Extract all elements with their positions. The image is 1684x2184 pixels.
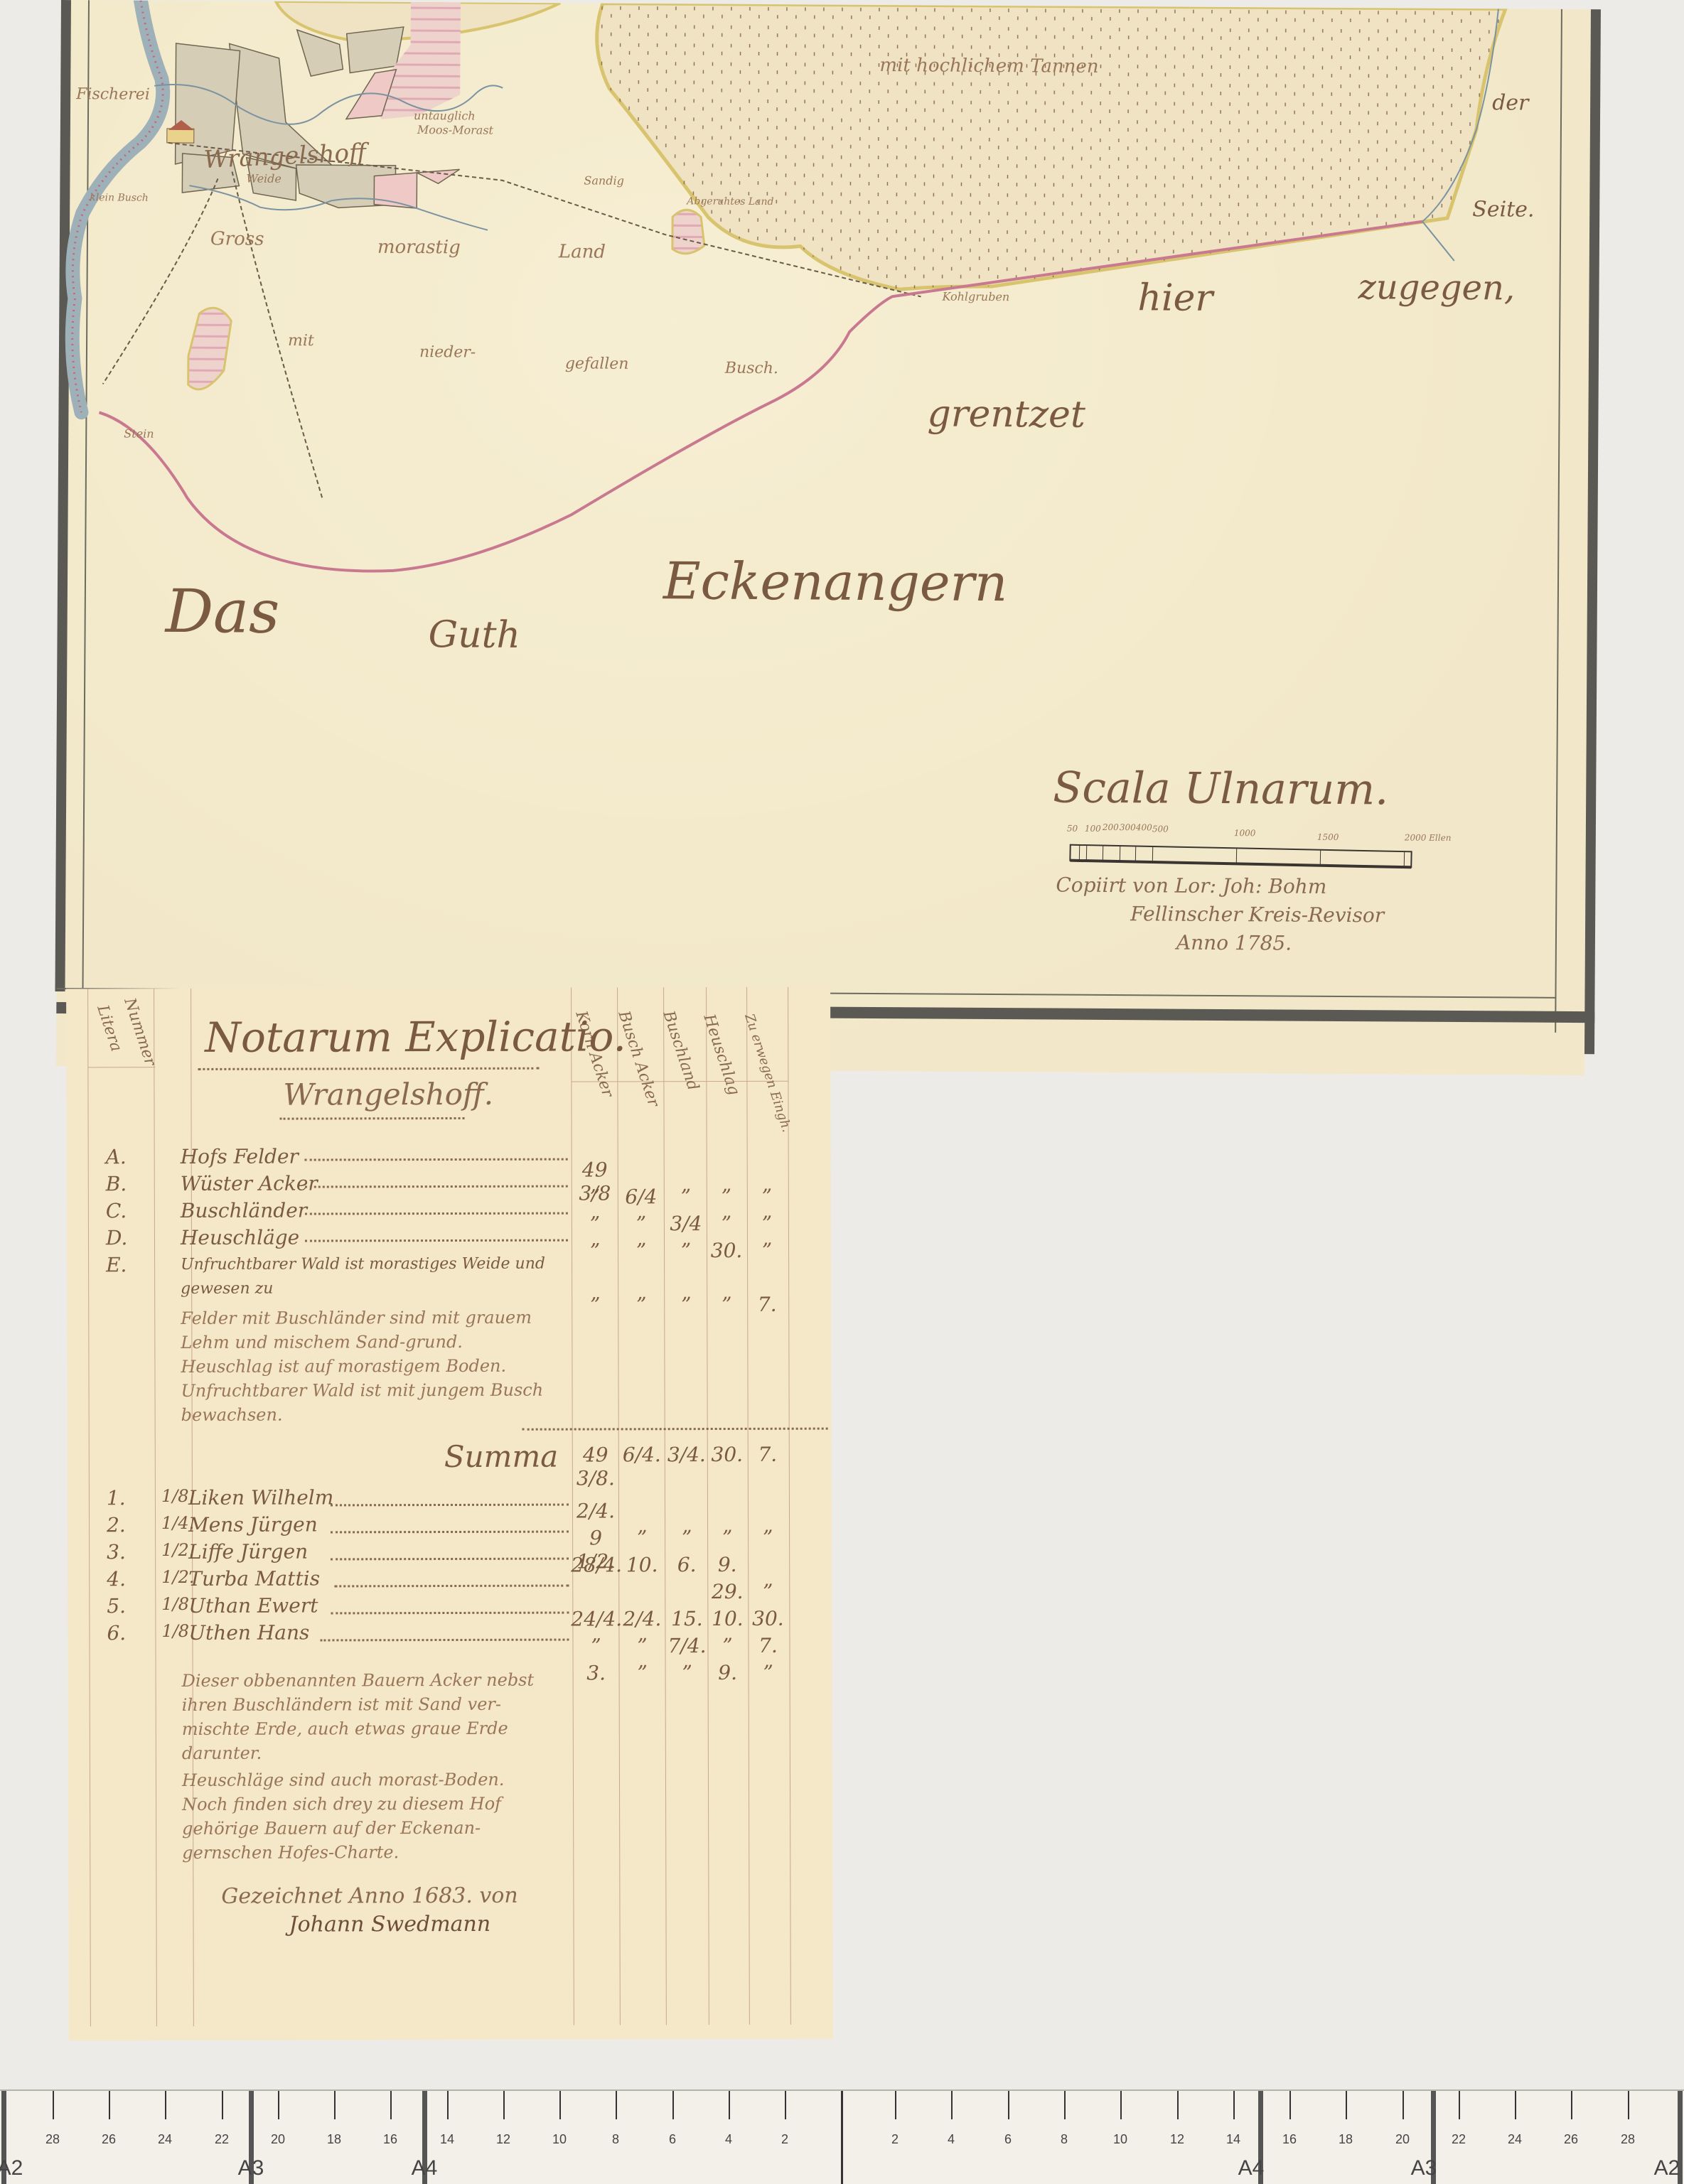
copy-note-line1: Copiirt von Lor: Joh: Bohm <box>1056 873 1326 898</box>
area-label-gross: Gross <box>210 228 264 249</box>
boundary-text-guth: Guth <box>428 613 520 657</box>
ruler-tick-label: 20 <box>1395 2132 1410 2147</box>
ruler-tick-label: 2 <box>891 2132 899 2147</box>
copy-note-line3: Anno 1785. <box>1176 931 1292 955</box>
ruler-tick-label: 28 <box>45 2132 60 2147</box>
ruler-tick-label: 18 <box>327 2132 341 2147</box>
table-row: 1. 1/8. Liken Wilhelm 2/4. <box>68 1485 832 1514</box>
ruler-tick-label: 26 <box>1564 2132 1578 2147</box>
area-label-untauglich: untauglich <box>414 109 476 123</box>
area-label-stein: Stein <box>124 427 154 441</box>
paper-size-label: A2 <box>1654 2156 1680 2180</box>
area-label-abgeruhtes-land: Abgeruhtes Land <box>687 195 773 208</box>
area-label-nieder: nieder- <box>419 343 476 361</box>
scale-tick-50: 50 <box>1067 824 1078 834</box>
ruler-tick-label: 4 <box>948 2132 955 2147</box>
table-row: E. Unfruchtbarer Wald ist morastiges Wei… <box>67 1252 831 1281</box>
scale-tick-500: 500 <box>1152 824 1169 834</box>
table-row: 6. 1/8. Uthen Hans ” ” 7/4. ” 7. <box>68 1620 832 1649</box>
estate-note: Lehm und mischem Sand-grund. <box>181 1332 463 1352</box>
boundary-text-der: der <box>1492 90 1529 115</box>
ruler-tick-label: 16 <box>1282 2132 1297 2147</box>
copy-note-line2: Fellinscher Kreis-Revisor <box>1130 902 1384 927</box>
area-label-fischerei: Fischerei <box>76 85 150 104</box>
table-row: C. Buschländer ” ” 3/4 ” ” <box>67 1198 831 1227</box>
ruler-tick-label: 6 <box>669 2132 676 2147</box>
paper-size-label: A4 <box>1238 2156 1265 2180</box>
paper-size-label: A2 <box>0 2156 23 2180</box>
header-litera: Litera <box>93 1003 125 1054</box>
ruler-tick-label: 28 <box>1621 2132 1635 2147</box>
boundary-text-das: Das <box>165 576 279 647</box>
estate-note: Unfruchtbarer Wald ist mit jungem Busch <box>181 1380 544 1401</box>
area-label-mit-hochlichem: mit hochlichem Tannen <box>879 55 1098 77</box>
ruler-tick-label: 6 <box>1004 2132 1012 2147</box>
peasant-note: ihren Buschländern ist mit Sand ver- <box>182 1694 501 1715</box>
title-underline <box>198 1067 539 1070</box>
ruler-tick-label: 24 <box>1508 2132 1522 2147</box>
table-row: 2. 1/4. Mens Jürgen 9 1/2. ” ” ” ” <box>68 1512 832 1541</box>
signature-line2: Johann Swedmann <box>289 1912 490 1937</box>
scale-tick-1500: 1500 <box>1317 832 1339 842</box>
ruler-tick-label: 12 <box>496 2132 510 2147</box>
ruler-tick-label: 10 <box>552 2132 567 2147</box>
summa-row: Summa 49 3/8. 6/4. 3/4. 30. 7. <box>68 1438 832 1476</box>
peasant-note: mischte Erde, auch etwas graue Erde <box>182 1718 508 1739</box>
peasant-note: Heuschläge sind auch morast-Boden. <box>182 1770 505 1790</box>
scale-tick-2000: 2000 Ellen <box>1405 833 1452 843</box>
scale-tick-100: 100 <box>1085 824 1101 834</box>
estate-note: bewachsen. <box>181 1405 283 1425</box>
ruler-tick-label: 20 <box>271 2132 285 2147</box>
ruler-tick-label: 8 <box>1061 2132 1068 2147</box>
summa-rule <box>522 1428 828 1431</box>
measuring-ruler: 28 26 24 22 20 18 16 14 12 10 8 6 4 2 2 … <box>0 2089 1684 2184</box>
ruler-tick-label: 22 <box>1452 2132 1466 2147</box>
scale-tick-200: 200 <box>1103 822 1119 832</box>
ruler-tick-label: 8 <box>612 2132 619 2147</box>
scale-tick-1000: 1000 <box>1234 828 1256 838</box>
ruler-tick-label: 26 <box>102 2132 116 2147</box>
map-sheet: Wrangelshoff Fischerei Gross morastig La… <box>56 0 1591 1075</box>
ruler-tick-label: 2 <box>781 2132 788 2147</box>
area-label-kohlgruben: Kohlgruben <box>942 290 1009 304</box>
area-label-morastig: morastig <box>377 237 461 259</box>
table-row: 5. 1/8. Uthan Ewert 24/4. 2/4. 15. 10. 3… <box>68 1593 832 1622</box>
area-label-busch: Busch. <box>725 360 778 377</box>
area-label-weide: Weide <box>246 172 281 185</box>
peasant-note: Dieser obbenannten Bauern Acker nebst <box>182 1670 535 1691</box>
ruler-tick-label: 14 <box>1226 2132 1240 2147</box>
area-label-land: Land <box>559 241 606 262</box>
ruler-tick-label: 10 <box>1113 2132 1127 2147</box>
explication-table: Litera Nummer Korn Acker Busch Acker Bus… <box>66 987 833 2041</box>
paper-size-label: A4 <box>412 2156 438 2180</box>
table-row: B. Wüster Acker ” 6/4 ” ” ” <box>67 1171 831 1200</box>
ruler-tick-label: 4 <box>725 2132 732 2147</box>
peasant-note: darunter. <box>182 1743 262 1763</box>
ruler-tick-label: 22 <box>215 2132 229 2147</box>
area-label-gefallen: gefallen <box>565 355 629 373</box>
peasant-note: Noch finden sich drey zu diesem Hof <box>182 1794 501 1814</box>
area-label-morast: Moos-Morast <box>417 123 493 137</box>
table-row: 4. 1/2. Turba Mattis 29. ” <box>68 1566 832 1595</box>
boundary-text-hier: hier <box>1137 276 1213 320</box>
explication-subtitle: Wrangelshoff. <box>283 1077 493 1112</box>
ruler-center-mark <box>841 2091 843 2184</box>
area-label-klein-busch: klein Busch <box>90 192 149 204</box>
header-buschland: Buschland <box>659 1008 702 1093</box>
ruler-tick-label: 14 <box>440 2132 454 2147</box>
header-zu-erwegen: Zu erwegen Eingh. <box>741 1012 794 1134</box>
table-row: D. Heuschläge ” ” ” 30. ” <box>67 1225 831 1254</box>
boundary-text-seite: Seite. <box>1472 197 1534 222</box>
ruler-tick-label: 16 <box>383 2132 397 2147</box>
paper-size-label: A3 <box>238 2156 264 2180</box>
peasant-note: gehörige Bauern auf der Eckenan- <box>182 1818 481 1839</box>
table-row: 3. 1/2. Liffe Jürgen 28/4. 10. 6. 9. <box>68 1539 832 1568</box>
scale-tick-400: 400 <box>1136 822 1152 832</box>
paper-size-label: A3 <box>1411 2156 1437 2180</box>
scale-title: Scala Ulnarum. <box>1053 763 1388 815</box>
boundary-text-zugegen: zugegen, <box>1358 267 1515 308</box>
peasant-note: gernschen Hofes-Charte. <box>182 1842 399 1863</box>
area-label-mit: mit <box>288 332 314 350</box>
table-row: A. Hofs Felder 49 3/8 <box>67 1144 831 1173</box>
signature-line1: Gezeichnet Anno 1683. von <box>221 1883 517 1909</box>
estate-note: Felder mit Buschländer sind mit grauem <box>181 1308 532 1328</box>
estate-note: Heuschlag ist auf morastigem Boden. <box>181 1356 506 1377</box>
scale-tick-300: 300 <box>1120 822 1136 832</box>
boundary-text-eckenangern: Eckenangern <box>663 551 1008 613</box>
ruler-tick-label: 18 <box>1339 2132 1353 2147</box>
boundary-text-grentzet: grentzet <box>927 392 1085 436</box>
scale-bar <box>1070 845 1411 868</box>
explication-title: Notarum Explicatio. <box>205 1012 626 1062</box>
area-label-sandig: Sandig <box>584 173 624 187</box>
subtitle-underline <box>280 1117 465 1120</box>
ruler-tick-label: 12 <box>1170 2132 1184 2147</box>
ruler-tick-label: 24 <box>158 2132 172 2147</box>
